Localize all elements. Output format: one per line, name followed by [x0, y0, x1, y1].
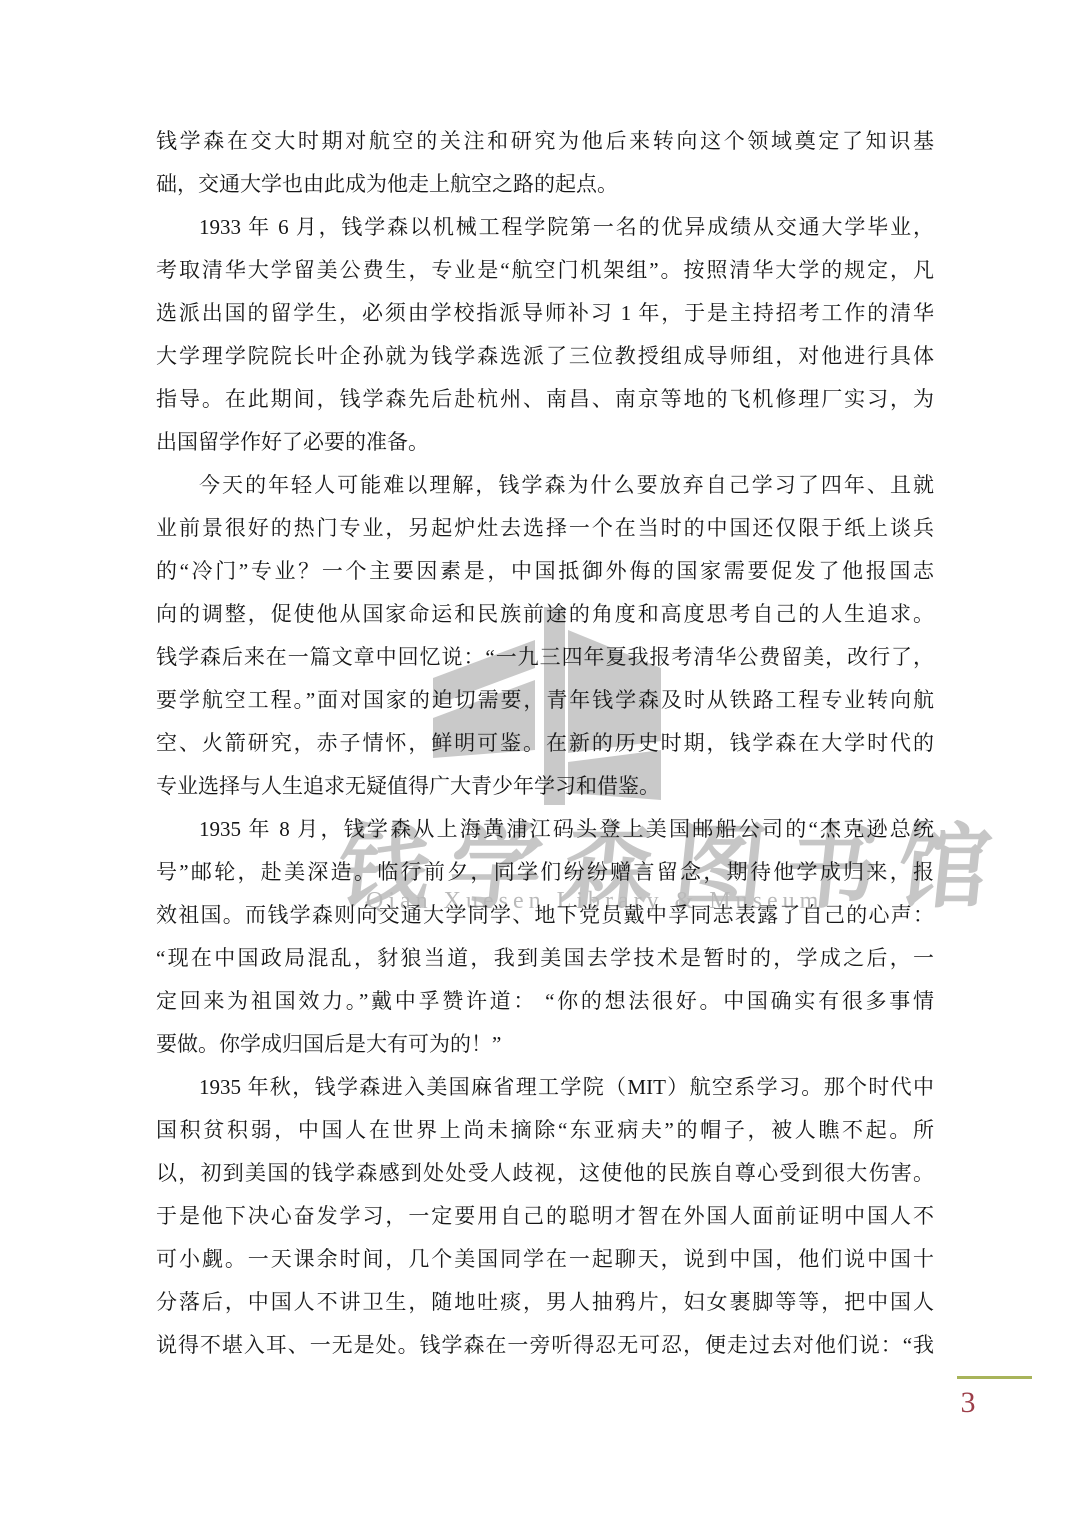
text-line: 1933 年 6 月，钱学森以机械工程学院第一名的优异成绩从交通大学毕业， — [156, 206, 934, 249]
text-line: 出国留学作好了必要的准备。 — [156, 421, 934, 464]
text-line: 要学航空工程。”面对国家的迫切需要，青年钱学森及时从铁路工程专业转向航 — [156, 679, 934, 722]
text-line: 今天的年轻人可能难以理解，钱学森为什么要放弃自己学习了四年、且就 — [156, 464, 934, 507]
page-number: 3 — [950, 1383, 986, 1423]
document-body: 钱学森在交大时期对航空的关注和研究为他后来转向这个领域奠定了知识基础，交通大学也… — [156, 120, 934, 1367]
text-line: “现在中国政局混乱，豺狼当道，我到美国去学技术是暂时的，学成之后，一 — [156, 937, 934, 980]
text-line: 考取清华大学留美公费生，专业是“航空门机架组”。按照清华大学的规定，凡 — [156, 249, 934, 292]
text-line: 定回来为祖国效力。”戴中孚赞许道： “你的想法很好。中国确实有很多事情 — [156, 980, 934, 1023]
text-line: 指导。在此期间，钱学森先后赴杭州、南昌、南京等地的飞机修理厂实习，为 — [156, 378, 934, 421]
text-line: 的“冷门”专业？一个主要因素是，中国抵御外侮的国家需要促发了他报国志 — [156, 550, 934, 593]
text-line: 号”邮轮，赴美深造。临行前夕，同学们纷纷赠言留念，期待他学成归来，报 — [156, 851, 934, 894]
text-line: 选派出国的留学生，必须由学校指派导师补习 1 年，于是主持招考工作的清华 — [156, 292, 934, 335]
text-line: 钱学森后来在一篇文章中回忆说：“一九三四年夏我报考清华公费留美，改行了， — [156, 636, 934, 679]
text-line: 可小觑。一天课余时间，几个美国同学在一起聊天，说到中国，他们说中国十 — [156, 1238, 934, 1281]
text-line: 效祖国。而钱学森则向交通大学同学、地下党员戴中孚同志表露了自己的心声： — [156, 894, 934, 937]
text-line: 钱学森在交大时期对航空的关注和研究为他后来转向这个领域奠定了知识基 — [156, 120, 934, 163]
text-line: 业前景很好的热门专业，另起炉灶去选择一个在当时的中国还仅限于纸上谈兵 — [156, 507, 934, 550]
text-line: 向的调整，促使他从国家命运和民族前途的角度和高度思考自己的人生追求。 — [156, 593, 934, 636]
text-line: 以，初到美国的钱学森感到处处受人歧视，这使他的民族自尊心受到很大伤害。 — [156, 1152, 934, 1195]
text-line: 大学理学院院长叶企孙就为钱学森选派了三位教授组成导师组，对他进行具体 — [156, 335, 934, 378]
text-line: 分落后，中国人不讲卫生，随地吐痰，男人抽鸦片，妇女裹脚等等，把中国人 — [156, 1281, 934, 1324]
text-line: 空、火箭研究，赤子情怀，鲜明可鉴。在新的历史时期，钱学森在大学时代的 — [156, 722, 934, 765]
text-line: 说得不堪入耳、一无是处。钱学森在一旁听得忍无可忍，便走过去对他们说：“我 — [156, 1324, 934, 1367]
text-line: 专业选择与人生追求无疑值得广大青少年学习和借鉴。 — [156, 765, 934, 808]
text-line: 国积贫积弱，中国人在世界上尚未摘除“东亚病夫”的帽子，被人瞧不起。所 — [156, 1109, 934, 1152]
text-line: 1935 年秋，钱学森进入美国麻省理工学院（MIT）航空系学习。那个时代中 — [156, 1066, 934, 1109]
footer-rule — [957, 1376, 1032, 1379]
text-line: 于是他下决心奋发学习，一定要用自己的聪明才智在外国人面前证明中国人不 — [156, 1195, 934, 1238]
text-line: 础，交通大学也由此成为他走上航空之路的起点。 — [156, 163, 934, 206]
text-line: 要做。你学成归国后是大有可为的！” — [156, 1023, 934, 1066]
text-line: 1935 年 8 月，钱学森从上海黄浦江码头登上美国邮船公司的“杰克逊总统 — [156, 808, 934, 851]
document-page: 钱学森图书馆 Qian Xuesen Library & Museum 钱学森在… — [0, 0, 1074, 1520]
